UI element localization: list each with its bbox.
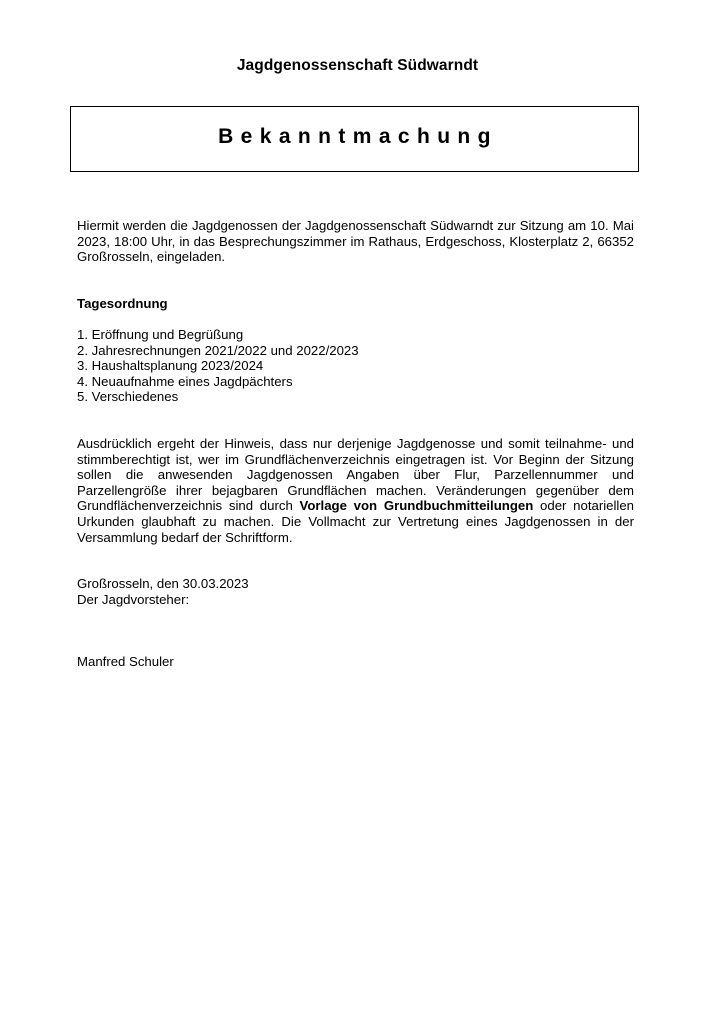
agenda-item: 2. Jahresrechnungen 2021/2022 und 2022/2…: [77, 343, 359, 359]
notice-emphasis: Vorlage von Grundbuchmitteilungen: [300, 498, 534, 513]
title-box: Bekanntmachung: [70, 106, 639, 172]
document-title: Bekanntmachung: [71, 125, 638, 149]
notice-paragraph: Ausdrücklich ergeht der Hinweis, dass nu…: [77, 436, 634, 545]
organization-name: Jagdgenossenschaft Südwarndt: [0, 57, 715, 75]
signatory-role: Der Jagdvorsteher:: [77, 592, 249, 608]
closing-block: Großrosseln, den 30.03.2023 Der Jagdvors…: [77, 576, 249, 607]
agenda-heading: Tagesordnung: [77, 296, 168, 311]
document-page: Jagdgenossenschaft Südwarndt Bekanntmach…: [0, 0, 715, 1013]
agenda-list: 1. Eröffnung und Begrüßung 2. Jahresrech…: [77, 327, 359, 405]
agenda-item: 1. Eröffnung und Begrüßung: [77, 327, 359, 343]
signatory-name: Manfred Schuler: [77, 654, 174, 669]
agenda-item: 3. Haushaltsplanung 2023/2024: [77, 358, 359, 374]
place-date: Großrosseln, den 30.03.2023: [77, 576, 249, 592]
agenda-item: 5. Verschiedenes: [77, 389, 359, 405]
invitation-paragraph: Hiermit werden die Jagdgenossen der Jagd…: [77, 218, 634, 265]
agenda-item: 4. Neuaufnahme eines Jagdpächters: [77, 374, 359, 390]
